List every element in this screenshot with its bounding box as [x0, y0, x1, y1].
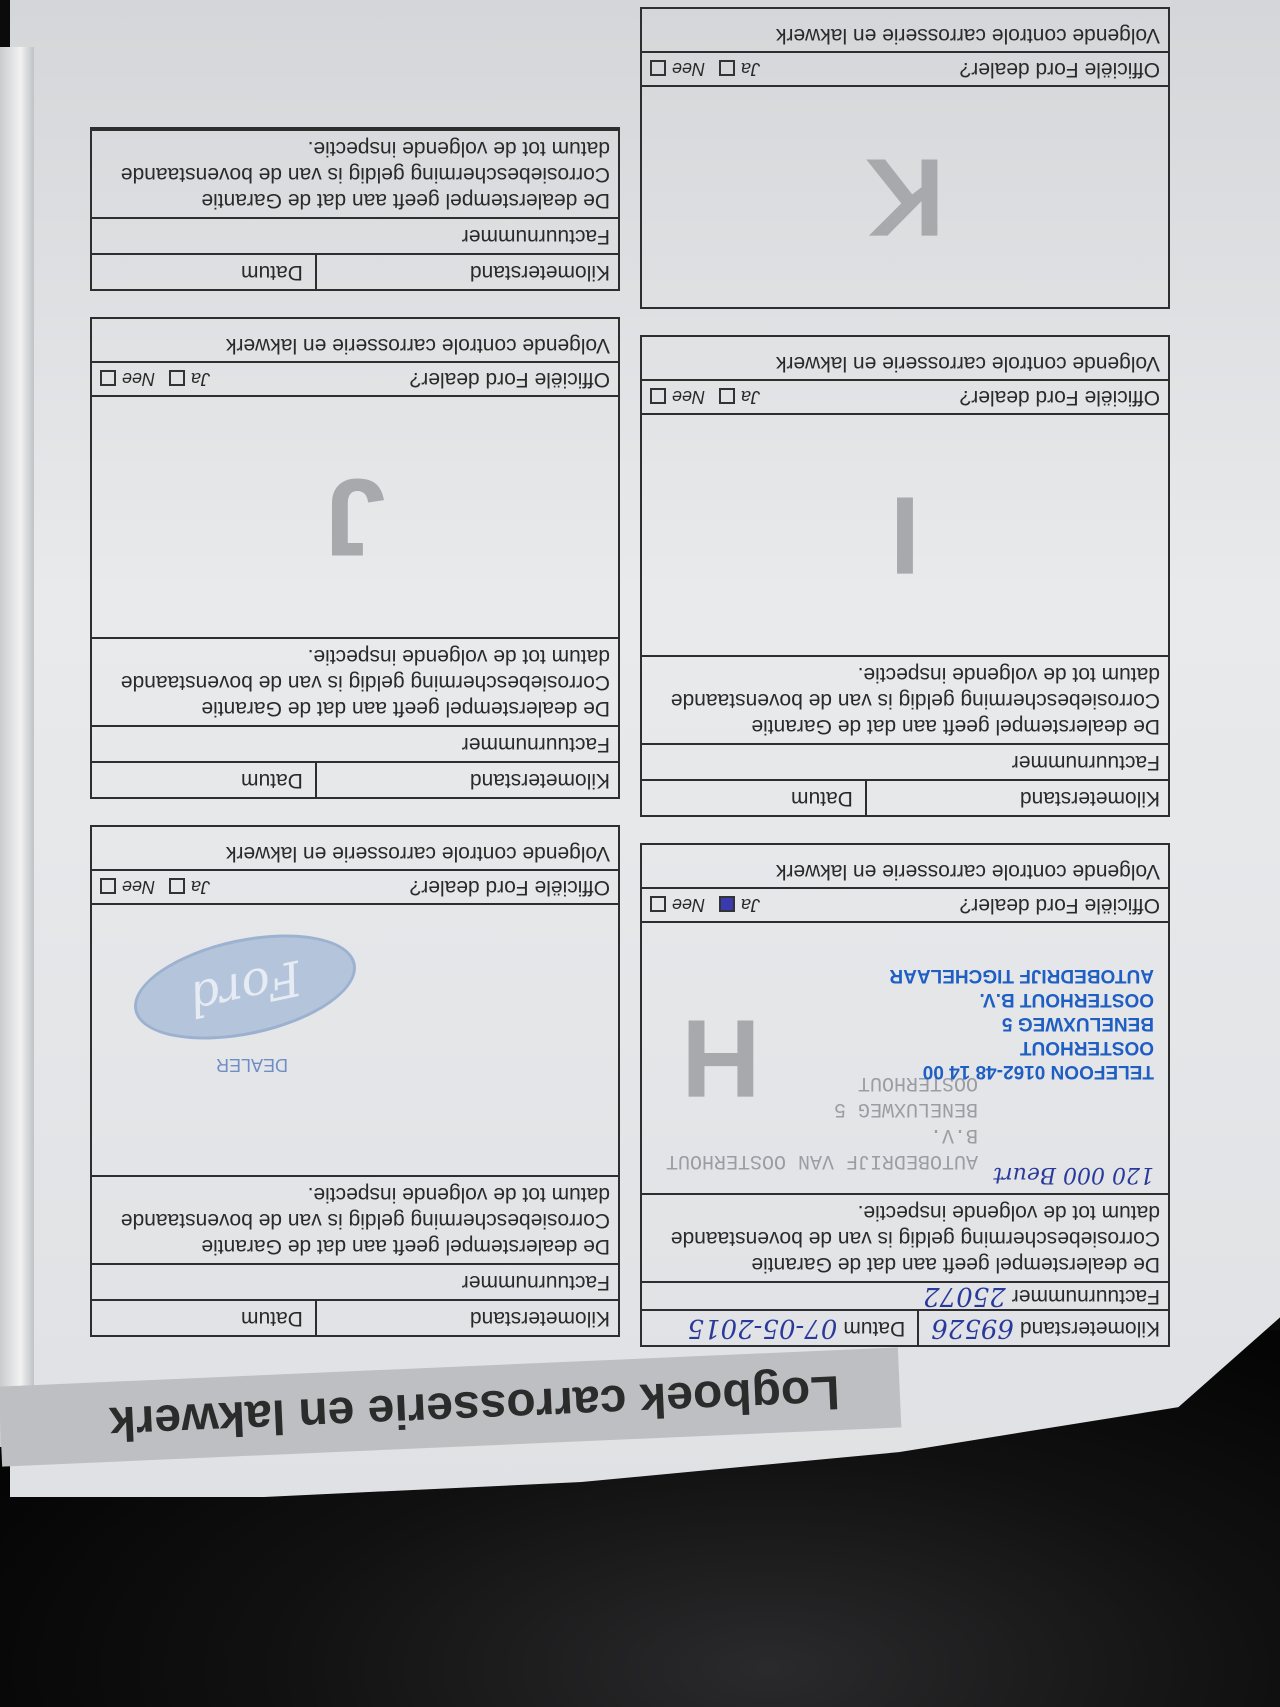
next-check-label: Volgende controle carrosserie en lakwerk — [642, 9, 1168, 51]
factuurnummer-label: Factuurnummer — [1012, 1283, 1160, 1309]
ford-logo: Ford — [124, 917, 365, 1058]
factuurnummer-value[interactable]: 25072 — [923, 1283, 1006, 1309]
invoice-row: Factuurnummer 25072 — [642, 1281, 1168, 1309]
entry-letter-i: I — [890, 472, 921, 599]
km-date-row: Kilometerstand 69526 Datum 07-05-2015 — [642, 1309, 1168, 1345]
official-dealer-label: Officiële Ford dealer? — [960, 893, 1160, 917]
datum-value[interactable]: 07-05-2015 — [687, 1315, 837, 1341]
stamp-area: K — [642, 85, 1168, 307]
dealer-statement: De dealerstempel geeft aan dat de Garant… — [92, 637, 618, 725]
official-dealer-label: Officiële Ford dealer? — [960, 385, 1160, 409]
next-check-label: Volgende controle carrosserie en lakwerk — [642, 337, 1168, 379]
entry-i: KilometerstandDatum Factuurnummer De dea… — [640, 335, 1170, 817]
official-dealer-row: Officiële Ford dealer? JaNee — [642, 51, 1168, 85]
official-dealer-label: Officiële Ford dealer? — [960, 57, 1160, 81]
dealer-word: DEALER — [216, 1054, 288, 1075]
kilometerstand-label: Kilometerstand — [470, 767, 610, 793]
nee-checkbox[interactable]: Nee — [650, 59, 705, 80]
nee-checkbox[interactable]: Nee — [100, 369, 155, 390]
nee-checkbox[interactable]: Nee — [650, 387, 705, 408]
datum-label: Datum — [843, 1315, 905, 1341]
entry-h: Kilometerstand 69526 Datum 07-05-2015 Fa… — [640, 843, 1170, 1347]
next-check-label: Volgende controle carrosserie en lakwerk — [642, 845, 1168, 887]
entry-j: KilometerstandDatum Factuurnummer De dea… — [90, 317, 620, 799]
entry-letter-h: H — [681, 995, 760, 1122]
ja-checkbox[interactable]: Ja — [169, 369, 210, 390]
entry-blank: KilometerstandDatum Factuurnummer De dea… — [90, 127, 620, 291]
dealer-stamp: TELEFOON 0162-48 14 00 OOSTERHOUT BENELU… — [889, 963, 1154, 1083]
kilometerstand-label: Kilometerstand — [1020, 785, 1160, 811]
factuurnummer-label: Factuurnummer — [642, 743, 1168, 779]
official-dealer-label: Officiële Ford dealer? — [410, 875, 610, 899]
ja-checkbox[interactable]: Ja — [719, 59, 760, 80]
factuurnummer-label: Factuurnummer — [92, 725, 618, 761]
entry-letter-j: J — [324, 454, 385, 581]
next-check-label: Volgende controle carrosserie en lakwerk — [92, 827, 618, 869]
column-b: KilometerstandDatum Factuurnummer De dea… — [90, 101, 620, 1337]
factuurnummer-label: Factuurnummer — [92, 1263, 618, 1299]
nee-checkbox[interactable]: Nee — [100, 877, 155, 898]
stamp-area: Ford DEALER — [92, 903, 618, 1175]
kilometerstand-label: Kilometerstand — [1020, 1315, 1160, 1341]
ja-checkbox[interactable]: Ja — [719, 895, 760, 916]
kilometerstand-label: Kilometerstand — [470, 259, 610, 285]
official-dealer-label: Officiële Ford dealer? — [410, 367, 610, 391]
nee-checkbox[interactable]: Nee — [650, 895, 705, 916]
entry-k: K Officiële Ford dealer? JaNee Volgende … — [640, 7, 1170, 309]
column-a: Kilometerstand 69526 Datum 07-05-2015 Fa… — [640, 0, 1170, 1347]
entry-letter-k: K — [865, 134, 944, 261]
official-dealer-row: Officiële Ford dealer? Ja Nee — [642, 887, 1168, 921]
official-dealer-row: Officiële Ford dealer? JaNee — [92, 869, 618, 903]
stamp-area: 120 000 Beurt AUTOBEDRIJF VAN OOSTERHOUT… — [642, 921, 1168, 1193]
stamp-area: J — [92, 395, 618, 637]
datum-label: Datum — [241, 1305, 303, 1331]
service-note: 120 000 Beurt — [993, 1162, 1154, 1187]
logbook-page: Logboek carrosserie en lakwerk Kilometer… — [0, 0, 1280, 1707]
ja-checkbox[interactable]: Ja — [719, 387, 760, 408]
stamp-area: I — [642, 413, 1168, 655]
dealer-statement: De dealerstempel geeft aan dat de Garant… — [642, 655, 1168, 743]
official-dealer-row: Officiële Ford dealer? JaNee — [92, 361, 618, 395]
datum-label: Datum — [241, 259, 303, 285]
kilometerstand-value[interactable]: 69526 — [931, 1315, 1014, 1341]
entry-h-stamp-panel: KilometerstandDatum Factuurnummer De dea… — [90, 825, 620, 1337]
datum-label: Datum — [241, 767, 303, 793]
check-icon — [719, 896, 735, 912]
kilometerstand-label: Kilometerstand — [470, 1305, 610, 1331]
official-dealer-row: Officiële Ford dealer? JaNee — [642, 379, 1168, 413]
datum-label: Datum — [791, 785, 853, 811]
dealer-statement: De dealerstempel geeft aan dat de Garant… — [642, 1193, 1168, 1281]
dealer-statement: De dealerstempel geeft aan dat de Garant… — [92, 1175, 618, 1263]
ja-checkbox[interactable]: Ja — [169, 877, 210, 898]
factuurnummer-label: Factuurnummer — [92, 217, 618, 253]
page-edges — [0, 47, 34, 1447]
next-check-label: Volgende controle carrosserie en lakwerk — [92, 319, 618, 361]
dealer-statement: De dealerstempel geeft aan dat de Garant… — [92, 129, 618, 217]
